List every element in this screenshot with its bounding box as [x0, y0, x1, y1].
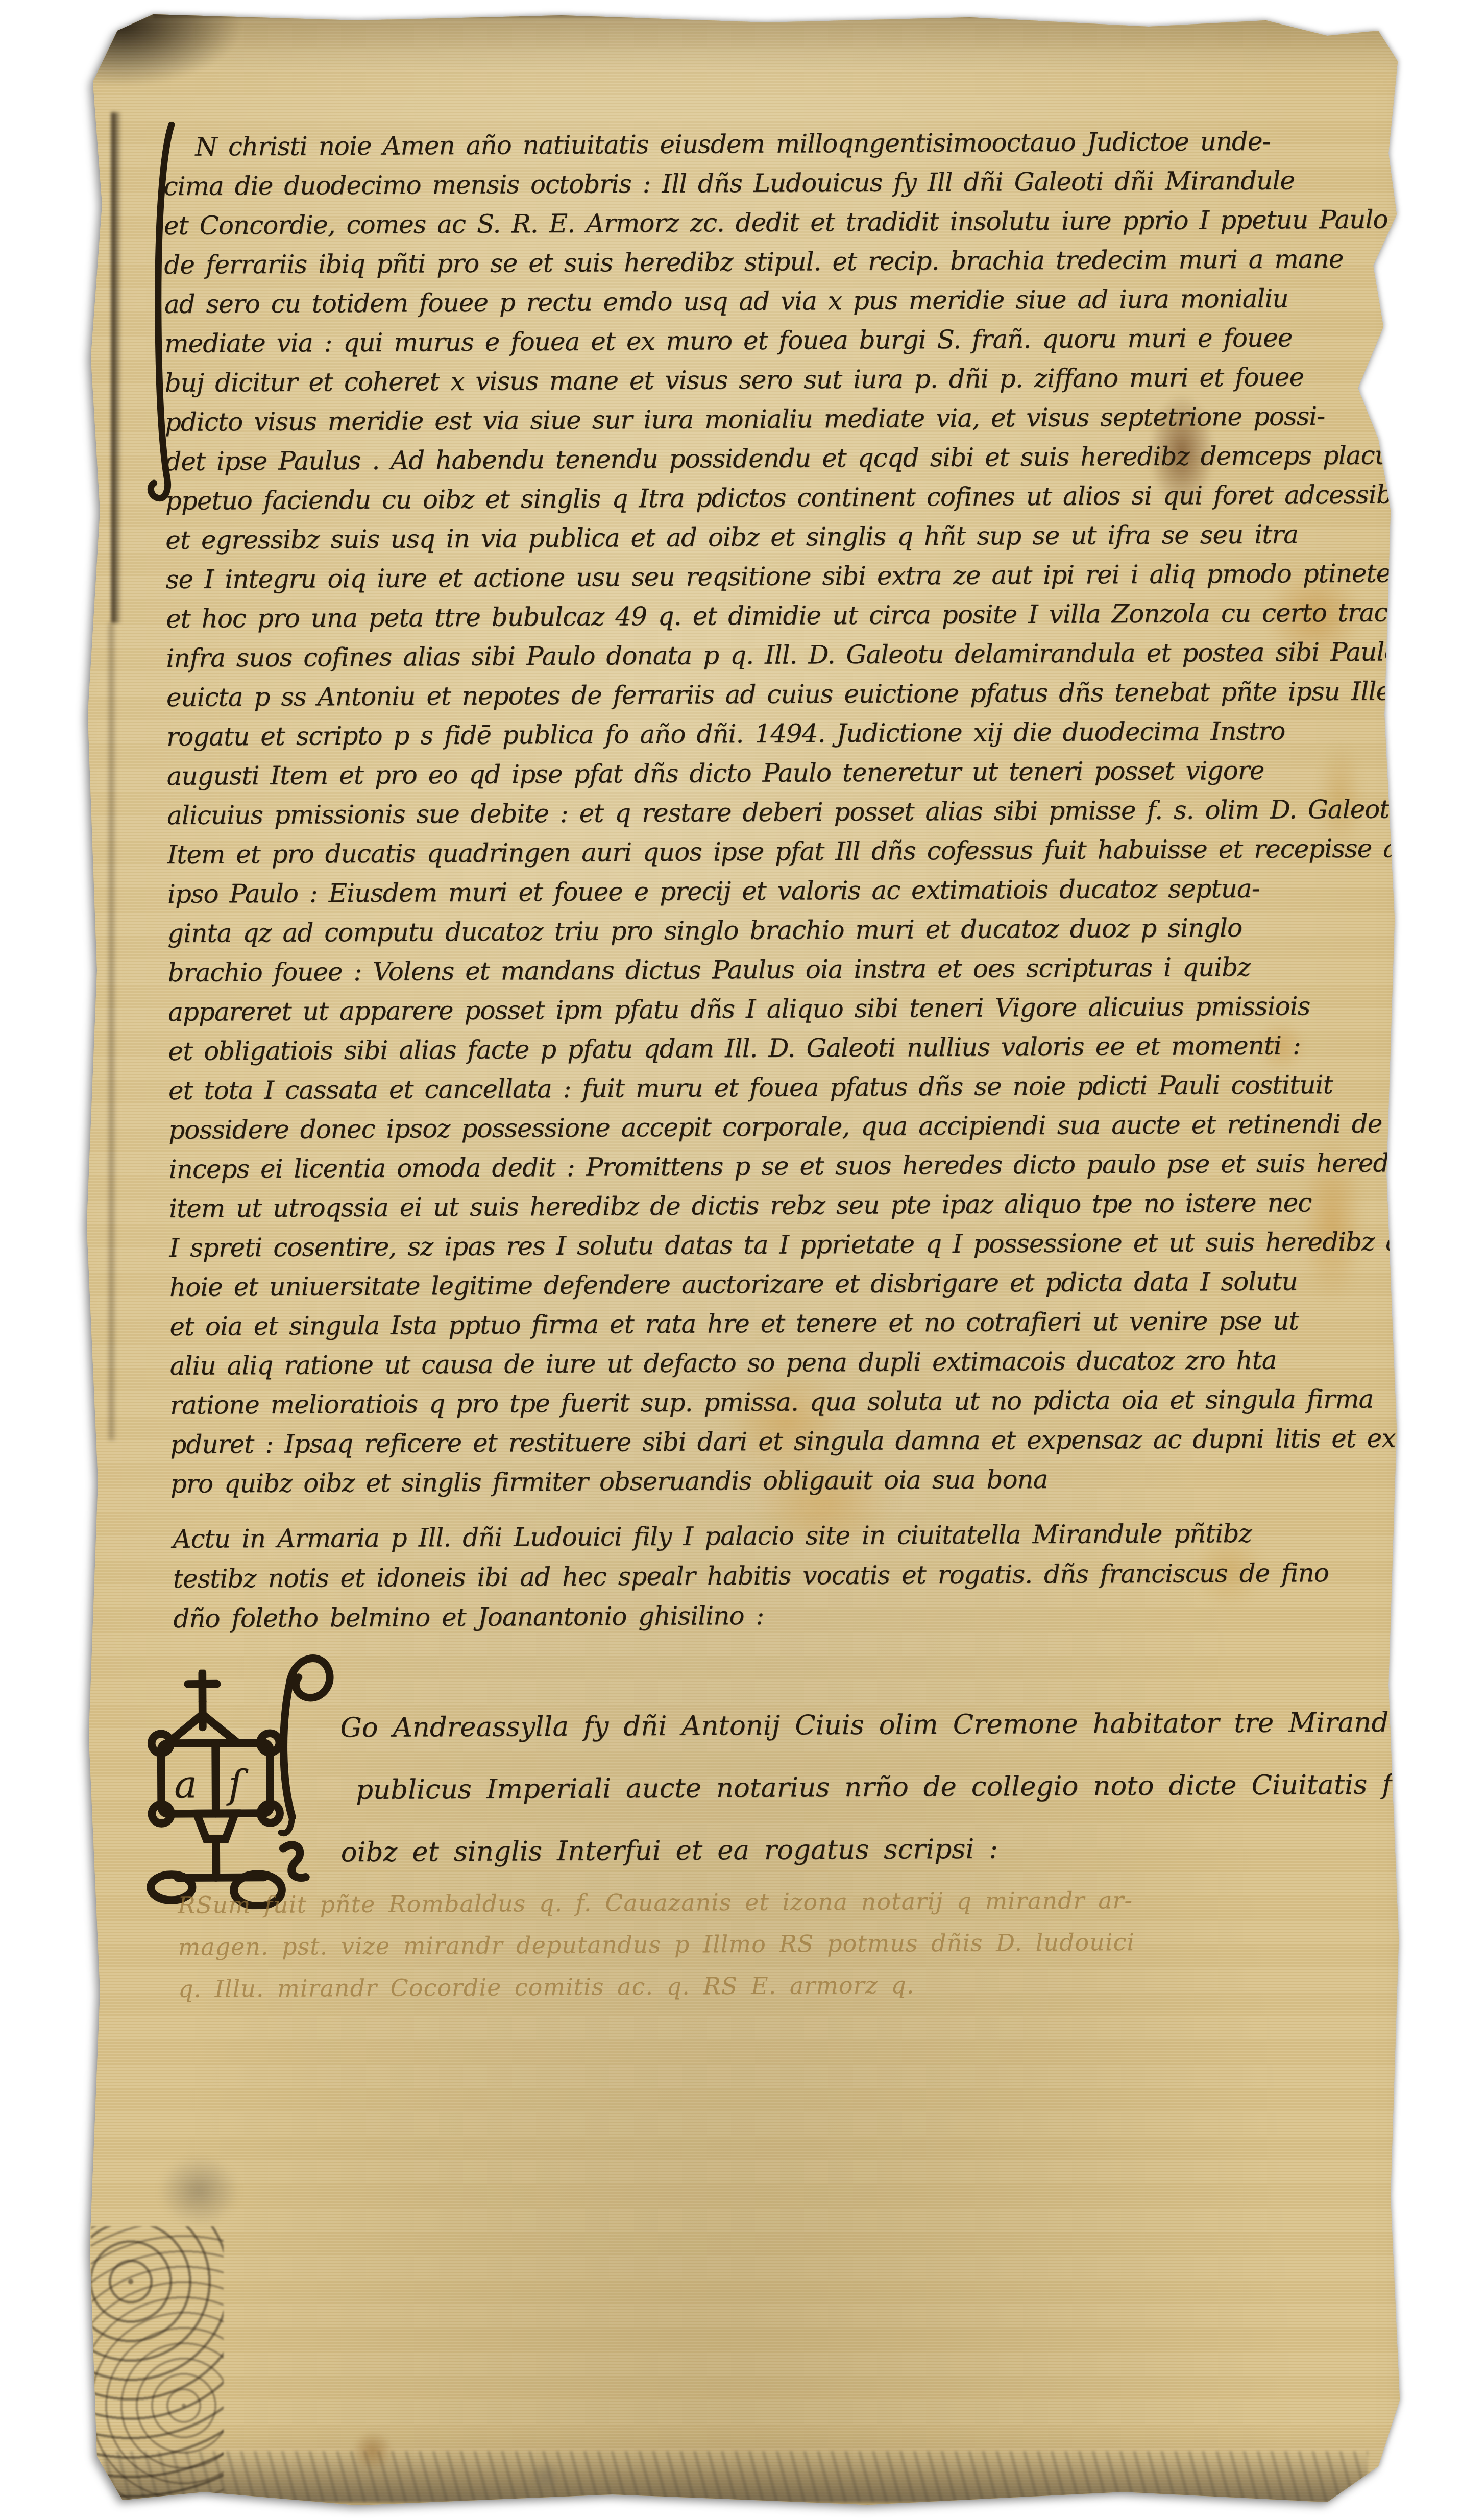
manuscript-line: brachio fouee : Volens et mandans dictus…	[167, 947, 1403, 993]
manuscript-line: de ferrariis ibiq pñti pro se et suis he…	[164, 239, 1399, 285]
manuscript-line: et Concordie, comes ac S. R. E. Armorz z…	[164, 200, 1399, 246]
actum-block: Actu in Armaria p Ill. dñi Ludouici fily…	[173, 1513, 1398, 1639]
manuscript-line: et oia et singula Ista pptuo firma et ra…	[169, 1301, 1405, 1347]
manuscript-line: N christi noie Amen año natiuitatis eius…	[163, 121, 1399, 167]
parchment-surface: N christi noie Amen año natiuitatis eius…	[0, 0, 1462, 2520]
manuscript-line: alicuius pmissionis sue debite : et q re…	[167, 789, 1402, 835]
manuscript-line: pdicto visus meridie est via siue sur iu…	[165, 396, 1400, 442]
manuscript-line: inceps ei licentia omoda dedit : Promitt…	[168, 1143, 1404, 1189]
manuscript-line: rogatu et scripto p s fidē publica fo añ…	[166, 711, 1402, 757]
notary-attestation-block: Go Andreassylla fy dñi Antonij Ciuis oli…	[340, 1692, 1362, 1884]
manuscript-line: mediate via : qui murus e fouea et ex mu…	[164, 318, 1400, 364]
stain	[352, 2431, 393, 2471]
manuscript-line: augusti Item et pro eo qd ipse pfat dñs …	[166, 750, 1402, 796]
manuscript-line: item ut utroqssia ei ut suis heredibz de…	[169, 1183, 1404, 1229]
manuscript-line: appareret ut apparere posset ipm pfatu d…	[168, 986, 1403, 1032]
parchment-sheet: N christi noie Amen año natiuitatis eius…	[0, 0, 1462, 2520]
notary-line: publicus Imperiali aucte notarius nrño d…	[340, 1754, 1362, 1821]
manuscript-line: Item et pro ducatis quadringen auri quos…	[167, 829, 1402, 875]
manuscript-line: I spreti cosentire, sz ipas res I solutu…	[169, 1222, 1404, 1268]
manuscript-scan: N christi noie Amen año natiuitatis eius…	[0, 0, 1462, 2520]
manuscript-line: ipso Paulo : Eiusdem muri et fouee e pre…	[167, 868, 1403, 914]
main-text-block: N christi noie Amen año natiuitatis eius…	[163, 121, 1406, 1504]
mark-letter-right: ſ	[226, 1762, 248, 1807]
manuscript-line: pro quibz oibz et singlis firmiter obser…	[170, 1458, 1406, 1504]
manuscript-line: ad sero cu totidem fouee p rectu emdo us…	[164, 278, 1400, 324]
manuscript-line: ppetuo faciendu cu oibz et singlis q Itr…	[165, 475, 1401, 521]
left-edge-shadow	[111, 112, 121, 623]
actum-line: dño foletho belmino et Joanantonio ghisi…	[173, 1592, 1398, 1639]
mark-letter-left: a	[174, 1762, 197, 1807]
left-edge-shadow-lower	[109, 623, 116, 1440]
stain	[531, 2461, 562, 2492]
top-left-corner-dark	[89, 10, 242, 87]
later-annotation-block: RSum fuit pñte Rombaldus q. f. Cauazanis…	[178, 1878, 1352, 2010]
text-area: N christi noie Amen año natiuitatis eius…	[163, 121, 1410, 2374]
top-edge-dark-line	[153, 12, 1353, 19]
manuscript-line: ratione melioratiois q pro tpe fuerit su…	[170, 1379, 1405, 1425]
manuscript-line: buj dicitur et coheret x visus mane et v…	[164, 357, 1400, 403]
faint-annotation-line: q. Illu. mirandr Cocordie comitis ac. q.…	[178, 1962, 1352, 2010]
manuscript-line: et obligatiois sibi alias facte p pfatu …	[168, 1025, 1403, 1071]
manuscript-line: hoie et uniuersitate legitime defendere …	[169, 1261, 1405, 1307]
ego-initial-flourish	[261, 1648, 349, 1853]
manuscript-line: det ipse Paulus . Ad habendu tenendu pos…	[165, 436, 1400, 482]
manuscript-line: et egressibz suis usq in via publica et …	[165, 514, 1401, 560]
manuscript-line: cima die duodecimo mensis octobris : Ill…	[163, 160, 1399, 206]
notary-line: Go Andreassylla fy dñi Antonij Ciuis oli…	[340, 1692, 1361, 1759]
manuscript-line: pduret : Ipsaq reficere et restituere si…	[170, 1419, 1405, 1465]
manuscript-line: euicta p ss Antoniu et nepotes de ferrar…	[166, 671, 1402, 717]
manuscript-line: et hoc pro una peta ttre bubulcaz 49 q. …	[166, 593, 1401, 639]
manuscript-line: infra suos cofines alias sibi Paulo dona…	[166, 632, 1401, 678]
notary-line: oibz et singlis Interfui et ea rogatus s…	[340, 1816, 1362, 1884]
manuscript-line: se I integru oiq iure et actione usu seu…	[165, 554, 1401, 599]
faint-annotation-line: RSum fuit pñte Rombaldus q. f. Cauazanis…	[178, 1878, 1352, 1926]
manuscript-line: ginta qz ad computu ducatoz triu pro sin…	[167, 907, 1403, 953]
actum-line: testibz notis et idoneis ibi ad hec spea…	[173, 1552, 1398, 1599]
bottom-edge-mottle	[102, 2451, 1368, 2502]
manuscript-line: et tota I cassata et cancellata : fuit m…	[168, 1065, 1404, 1111]
actum-line: Actu in Armaria p Ill. dñi Ludouici fily…	[173, 1513, 1398, 1559]
manuscript-line: possidere donec ipsoz possessione accepi…	[168, 1104, 1404, 1150]
manuscript-line: aliu aliq ratione ut causa de iure ut de…	[169, 1340, 1405, 1386]
faint-annotation-line: magen. pst. vize mirandr deputandus p Il…	[178, 1920, 1352, 1968]
